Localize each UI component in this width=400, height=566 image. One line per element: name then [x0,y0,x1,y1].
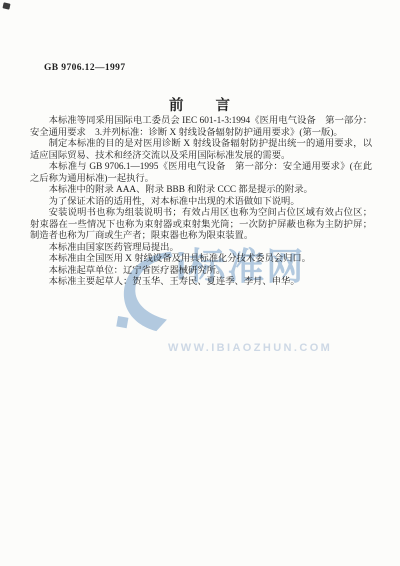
scanned-document-page: GB 9706.12—1997 前 言 i标准网 WWW.IBIAOZHUN.C… [0,0,400,566]
standard-number: GB 9706.12—1997 [44,63,125,73]
watermark-url-text: WWW.IBIAOZHUN.COM [168,342,332,354]
foreword-paragraph: 本标准由国家医药管理局提出。 [30,243,372,255]
page-title-foreword: 前 言 [0,94,400,115]
scan-smudge-artifact [2,2,10,9]
foreword-paragraph: 制定本标准的目的是对医用诊断 X 射线设备辐射防护提出统一的通用要求，以适应国际… [30,139,372,162]
foreword-paragraph: 本标准主要起草人：贺玉华、王寿民、夏连季、李月、申华。 [30,277,372,289]
foreword-body: 本标准等同采用国际电工委员会 IEC 601-1-3:1994《医用电气设备 第… [30,116,372,289]
foreword-paragraph: 为了保证术语的适用性，对本标准中出现的术语做如下说明。 [30,197,372,209]
foreword-paragraph: 本标准与 GB 9706.1—1995《医用电气设备 第一部分：安全通用要求》(… [30,162,372,185]
foreword-paragraph: 本标准中的附录 AAA、附录 BBB 和附录 CCC 都是提示的附录。 [30,185,372,197]
foreword-paragraph: 安装说明书也称为组装说明书；有效占用区也称为空间占位区域有效占位区；射束器在一些… [30,208,372,243]
foreword-paragraph: 本标准由全国医用 X 射线设备及用具标准化分技术委员会归口。 [30,254,372,266]
foreword-paragraph: 本标准起草单位：辽宁省医疗器械研究所。 [30,266,372,278]
foreword-paragraph: 本标准等同采用国际电工委员会 IEC 601-1-3:1994《医用电气设备 第… [30,116,372,139]
